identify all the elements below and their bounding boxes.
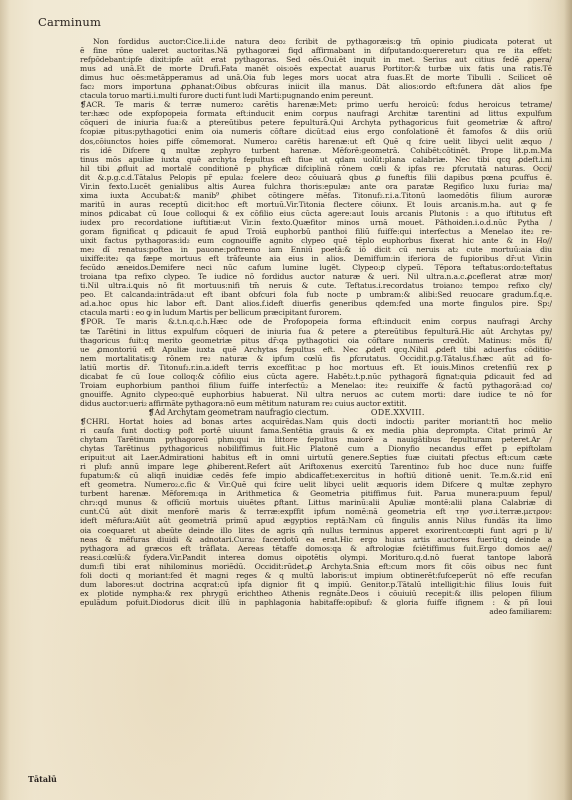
text-line: dimus huc oēs:metāpperamus ad unā.Oia fu… (80, 73, 552, 82)
text-line: dit &.p.g.c.d.Tātalus Pelopis pr̃ epula₂… (80, 173, 552, 182)
text-line: minos ꝑdicabat cū Ioue colloqui & ex cōf… (80, 209, 552, 218)
text-line: tinus mōs apuliæ iuxta quē archyta fepul… (80, 155, 552, 164)
text-line: ris idē Difcere ꝗ multæ zephyro turbent … (80, 146, 552, 155)
text-line: ti.Nil ultra.i.ꝗuis nō fit mortuus:nifi … (80, 281, 552, 290)
text-line: Non fordidus auctor:Cice.li.i.de natura … (80, 37, 552, 46)
text-line: goram fignificat q ꝑdicauit fe apud Troi… (80, 227, 552, 236)
text-line: mus ad unā.Et de morte Drufi.Fata manēt … (80, 64, 552, 73)
commentary-por: ❡POR. Te maris &.t.n.q.c.h.Hæc ode de Pr… (80, 317, 552, 407)
ode-heading: ❡Ad Archytam geometram naufragio ciectum… (80, 408, 552, 417)
text-line: me₂ dī renatus:poftea in pauone:poftremo… (80, 245, 552, 254)
text-line: cōqueri de iniuria fua:& a ꝑtereūtibus p… (80, 118, 552, 127)
text-line: fecūdo æneidos.Demifere neci nūc cafum l… (80, 263, 552, 272)
text-line: Vir.in fexto.Lucēt genialibus altis Aure… (80, 182, 552, 191)
text-line: ri pluf₂ annū impare lege ꝓhiberent.Refe… (80, 462, 552, 471)
text-line: peo. Et calcanda:intrāda:ut eft ibant ob… (80, 290, 552, 299)
text-line: cunt.Cū aūt dixit menforē maris & terræ:… (80, 507, 552, 516)
text-line: Troiam euphorbium panthoi filium fuiffe … (80, 381, 552, 390)
text-line: troiana tpa refixo clypeo. Te iudice nō … (80, 272, 552, 281)
text-line: maritū in auras receptū dicit:hoc eft mo… (80, 200, 552, 209)
text-line: hil tibi ꝓfluit ad mortalē conditionē p … (80, 164, 552, 173)
scanned-book-page: Carminum Non fordidus auctor:Cice.li.i.d… (0, 0, 572, 800)
text-line: latiū mortis dr̃. Titonuf₂.r.in.a.ideft … (80, 363, 552, 372)
text-line: ter:hæc ode expfopopeia formata eft:indu… (80, 109, 552, 118)
text-block: Non fordidus auctor:Cice.li.i.de natura … (80, 37, 552, 616)
text-line: gnouiffe. Agnito clypeo:quē euphorbius h… (80, 390, 552, 399)
text-line: chytam Tarētinum pythagoreū phm:qui in l… (80, 435, 552, 444)
text-line: dos,cōiunctos hoies piffe cōmemorat. Num… (80, 137, 552, 146)
commentary-opening: Non fordidus auctor:Cice.li.i.de natura … (80, 37, 552, 100)
ode-number: ODE.XXVIII. (371, 408, 425, 417)
text-line: turbent harenæ. Mēforem:qa in Arithmetic… (80, 489, 552, 498)
text-line: chr₂:qd munus & officiū mortuis uiuētes … (80, 498, 552, 507)
text-line: eripuit:ut ait Laer.Admirationi habitus … (80, 453, 552, 462)
ode-title: ❡Ad Archytam geometram naufragio ciectum… (148, 408, 329, 417)
text-line: xima iuxta Accubat:& manib⁹ ꝓhibet cōtin… (80, 191, 552, 200)
text-line: didus auctor:ueri₂ affirmāte pythagora:n… (80, 399, 552, 408)
text-line: ad.a.hoc opus hic labor eft. Dant alios.… (80, 299, 552, 308)
text-line: uixit factus pythagoras:id₂ eum cognouif… (80, 236, 552, 245)
text-line: chytas Tarētinus pythagoricus nobiliffim… (80, 444, 552, 453)
text-line: ❡ACR. Te maris & terræ numero₂ carētis h… (80, 100, 552, 109)
text-line: thagoricus fuit:q merito geometriæ pitus… (80, 336, 552, 345)
text-line: dicabat fe cū Ioue colloq:& cōfilio eius… (80, 372, 552, 381)
text-line: nem mortalitatis:ꝙ rōnem re₂ naturæ & ip… (80, 354, 552, 363)
text-line: oia coequaret ut abeūte deinde illo lite… (80, 526, 552, 535)
text-line: foli docti q moriant:fed ēt magni reges … (80, 571, 552, 580)
text-line: ❡CHRI. Hortat hoies ad bonas artes acqui… (80, 417, 552, 426)
text-line: ctacula marti : eo ꝙ in ludum Martis per… (80, 308, 552, 317)
text-line: iudex pro recordatione iuftitiæ:ut Vir.i… (80, 218, 552, 227)
text-line: fcopiæ pitus:pythagotici enim oia numeri… (80, 127, 552, 136)
text-line-catchword: adeo familiarem: (80, 607, 552, 616)
text-line: ctacula toruo marti.i.multi furore ducti… (80, 91, 552, 100)
text-line: fupatum:& cū aliqñ inuidiæ cedēs fefe im… (80, 471, 552, 480)
text-line: tæ Tarētini in littus expulfum cōqueri d… (80, 327, 552, 336)
commentary-acr: ❡ACR. Te maris & terræ numero₂ carētis h… (80, 100, 552, 317)
text-line: dum labores:ut doctrina acqrat:cū ipfa d… (80, 580, 552, 589)
text-line: ideft mēfura:Aiūt aūt geometriā primū ap… (80, 516, 552, 525)
text-line: uixiffe:ite₂ qa fæpe mortuus eft trāfeun… (80, 254, 552, 263)
commentary-chri: ❡CHRI. Hortat hoies ad bonas artes acqui… (80, 417, 552, 616)
text-line: ē fine rōne ualeret auctoritas.Nā pythag… (80, 46, 552, 55)
page-gutter-shadow (0, 0, 10, 800)
margin-note: Tātalū (28, 774, 57, 784)
text-line: ri caufa funt docti:ꝙ poft portē uiuunt … (80, 426, 552, 435)
text-line: ex plotide nympha:& rex phrygū erichtheo… (80, 589, 552, 598)
text-line: reas:i.cœlū:& fydera.Vir.Pandit interea … (80, 553, 552, 562)
text-line: eft geometra. Numero₂.c.fic & Vir.Quē qu… (80, 480, 552, 489)
text-line: dum:fi tibi erat nihilominus moriēdū. Oc… (80, 562, 552, 571)
text-line: pythagora ad græcos eft trāflata. Aereas… (80, 544, 552, 553)
text-line: refpōdebant:ipfe dixit:ipfe aūt erat pyt… (80, 55, 552, 64)
text-line: fac₂ mors importuna ꝓphanat:Oibus obfcur… (80, 82, 552, 91)
running-head: Carminum (38, 15, 101, 29)
text-line: ❡POR. Te maris &.t.n.q.c.h.Hæc ode de Pr… (80, 317, 552, 326)
text-line: epulādum pofuit.Diodorus dicit illū in p… (80, 598, 552, 607)
page-edge-shadow (564, 0, 572, 800)
text-line: neas & mēfuras diuidi & adnotari.Cura₂ f… (80, 535, 552, 544)
text-line: ue ꝓmontoriū eft Apuliæ iuxta quē Archyt… (80, 345, 552, 354)
